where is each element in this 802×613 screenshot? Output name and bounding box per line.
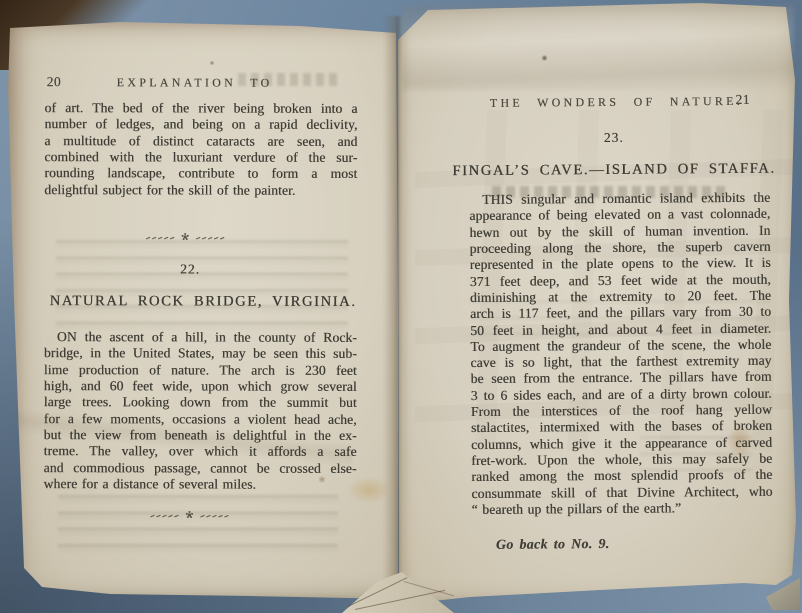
body-line: represented in the plate opens to the vi… — [470, 255, 771, 274]
book-gutter-shadow — [383, 16, 411, 604]
cross-reference-note: Go back to No. 9. — [496, 536, 610, 553]
section-title: FINGAL’S CAVE.—ISLAND OF STAFFA. — [449, 161, 779, 181]
body-line: stalactites, intermixed with the bases o… — [471, 418, 772, 437]
body-line: be seen from the entrance. The pillars h… — [471, 369, 772, 388]
body-line: appearance of being elevated on a vast c… — [469, 206, 770, 225]
running-header: THE WONDERS OF NATURE. — [468, 94, 764, 111]
body-line: consummate skill of that Divine Architec… — [471, 483, 772, 502]
section-paragraph: THIS singular and romantic island exhibi… — [469, 190, 773, 519]
book-photo: 20 EXPLANATION TO of art. The bed of the… — [0, 0, 802, 613]
section-number: 23. — [464, 129, 764, 147]
body-line: ranked among the most splendid proofs of… — [471, 467, 772, 486]
page-number: 21 — [735, 92, 750, 108]
body-line: arch is 117 feet, and the pillars vary f… — [470, 304, 771, 323]
body-line: “ beareth up the pillars of the earth.” — [472, 500, 773, 519]
